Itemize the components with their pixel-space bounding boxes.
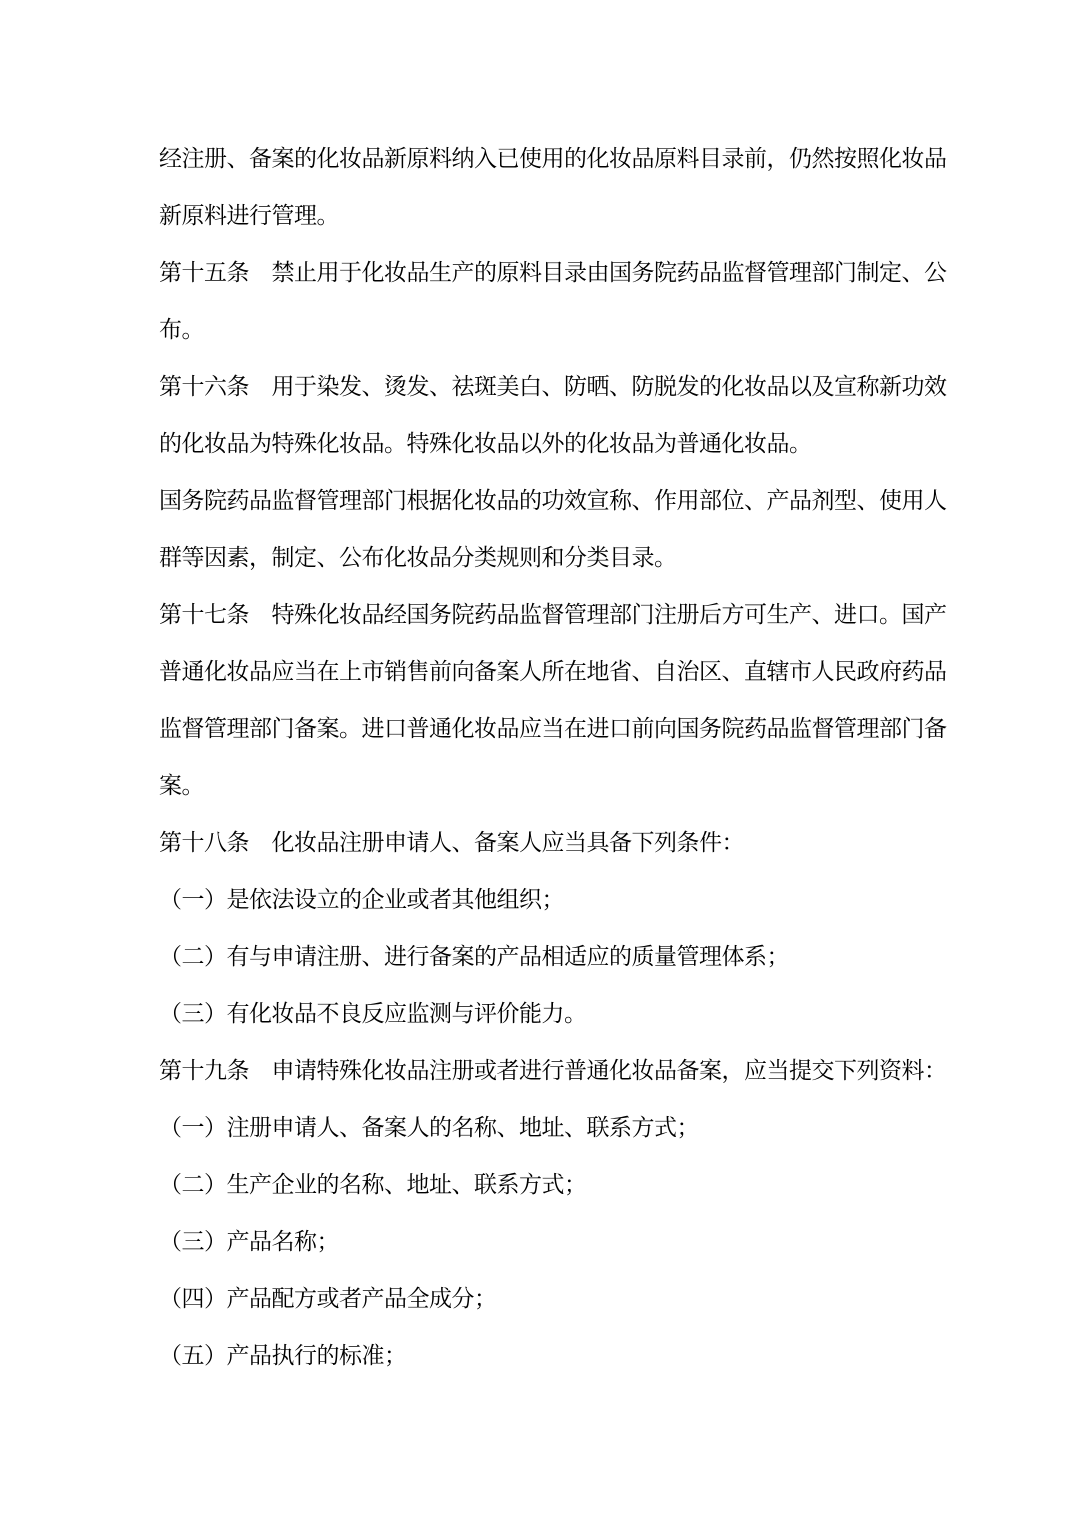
paragraph-article-19-item-5: （五）产品执行的标准；: [159, 1327, 959, 1384]
text-line: 第十八条 化妆品注册申请人、备案人应当具备下列条件：: [159, 814, 959, 871]
paragraph-article-14-continuation: 经注册、备案的化妆品新原料纳入已使用的化妆品原料目录前，仍然按照化妆品 新原料进…: [159, 130, 959, 244]
paragraph-article-19-item-4: （四）产品配方或者产品全成分；: [159, 1270, 959, 1327]
text-line: （一）注册申请人、备案人的名称、地址、联系方式；: [159, 1099, 959, 1156]
paragraph-article-19-item-2: （二）生产企业的名称、地址、联系方式；: [159, 1156, 959, 1213]
paragraph-article-16: 第十六条 用于染发、烫发、祛斑美白、防晒、防脱发的化妆品以及宣称新功效 的化妆品…: [159, 358, 959, 472]
text-line: （二）有与申请注册、进行备案的产品相适应的质量管理体系；: [159, 928, 959, 985]
text-line: 经注册、备案的化妆品新原料纳入已使用的化妆品原料目录前，仍然按照化妆品: [159, 130, 959, 187]
text-line: 第十五条 禁止用于化妆品生产的原料目录由国务院药品监督管理部门制定、公: [159, 244, 959, 301]
text-line: （五）产品执行的标准；: [159, 1327, 959, 1384]
paragraph-article-19-intro: 第十九条 申请特殊化妆品注册或者进行普通化妆品备案，应当提交下列资料：: [159, 1042, 959, 1099]
document-text-block: 经注册、备案的化妆品新原料纳入已使用的化妆品原料目录前，仍然按照化妆品 新原料进…: [159, 130, 959, 1384]
text-line: 布。: [159, 301, 959, 358]
text-line: （三）有化妆品不良反应监测与评价能力。: [159, 985, 959, 1042]
paragraph-article-19-item-1: （一）注册申请人、备案人的名称、地址、联系方式；: [159, 1099, 959, 1156]
text-line: 的化妆品为特殊化妆品。特殊化妆品以外的化妆品为普通化妆品。: [159, 415, 959, 472]
document-page: 经注册、备案的化妆品新原料纳入已使用的化妆品原料目录前，仍然按照化妆品 新原料进…: [0, 0, 1074, 1520]
paragraph-article-18-item-1: （一）是依法设立的企业或者其他组织；: [159, 871, 959, 928]
text-line: 群等因素，制定、公布化妆品分类规则和分类目录。: [159, 529, 959, 586]
paragraph-article-17: 第十七条 特殊化妆品经国务院药品监督管理部门注册后方可生产、进口。国产 普通化妆…: [159, 586, 959, 814]
text-line: 第十六条 用于染发、烫发、祛斑美白、防晒、防脱发的化妆品以及宣称新功效: [159, 358, 959, 415]
paragraph-article-18-item-3: （三）有化妆品不良反应监测与评价能力。: [159, 985, 959, 1042]
text-line: （四）产品配方或者产品全成分；: [159, 1270, 959, 1327]
text-line: 案。: [159, 757, 959, 814]
paragraph-article-16-paragraph-2: 国务院药品监督管理部门根据化妆品的功效宣称、作用部位、产品剂型、使用人 群等因素…: [159, 472, 959, 586]
paragraph-article-18-item-2: （二）有与申请注册、进行备案的产品相适应的质量管理体系；: [159, 928, 959, 985]
paragraph-article-18-intro: 第十八条 化妆品注册申请人、备案人应当具备下列条件：: [159, 814, 959, 871]
text-line: 监督管理部门备案。进口普通化妆品应当在进口前向国务院药品监督管理部门备: [159, 700, 959, 757]
text-line: 普通化妆品应当在上市销售前向备案人所在地省、自治区、直辖市人民政府药品: [159, 643, 959, 700]
text-line: （二）生产企业的名称、地址、联系方式；: [159, 1156, 959, 1213]
paragraph-article-19-item-3: （三）产品名称；: [159, 1213, 959, 1270]
paragraph-article-15: 第十五条 禁止用于化妆品生产的原料目录由国务院药品监督管理部门制定、公 布。: [159, 244, 959, 358]
text-line: 第十七条 特殊化妆品经国务院药品监督管理部门注册后方可生产、进口。国产: [159, 586, 959, 643]
text-line: 国务院药品监督管理部门根据化妆品的功效宣称、作用部位、产品剂型、使用人: [159, 472, 959, 529]
text-line: 第十九条 申请特殊化妆品注册或者进行普通化妆品备案，应当提交下列资料：: [159, 1042, 959, 1099]
text-line: 新原料进行管理。: [159, 187, 959, 244]
text-line: （一）是依法设立的企业或者其他组织；: [159, 871, 959, 928]
text-line: （三）产品名称；: [159, 1213, 959, 1270]
